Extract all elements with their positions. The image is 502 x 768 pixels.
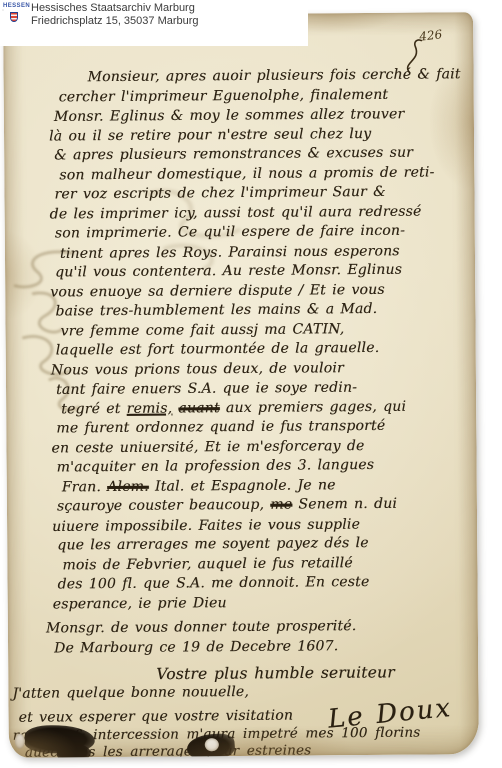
manuscript-line: tant faire enuers S.A. que ie soye redin…: [6, 378, 476, 401]
manuscript-line: Monsieur, apres auoir plusieurs fois cer…: [4, 65, 474, 88]
manuscript-line: tinent apres les Roys. Parainsi nous esp…: [5, 241, 475, 264]
page-number: 426: [419, 27, 443, 43]
struck-word: me: [270, 497, 292, 513]
manuscript-line: Monsr. Eglinus & moy le sommes allez tro…: [4, 105, 474, 128]
manuscript-line: son malheur domestique, il nous a promis…: [4, 163, 474, 186]
archive-scan-page: { "header": { "logo_state": "HESSEN", "l…: [0, 0, 502, 768]
hessen-logo: HESSEN: [3, 3, 27, 10]
postscript-line-with-signature: et veux esperer que vostre visitation Le…: [9, 701, 479, 728]
line-segment: Ital. et Espagnole. Je ne: [149, 477, 336, 494]
hessen-logo-wordmark: HESSEN: [3, 3, 27, 10]
manuscript-line: uiuere impossibile. Faites ie vous suppl…: [7, 514, 477, 537]
manuscript-paper: 426 Monsieur, apres auoir plusieurs fois…: [3, 12, 479, 758]
struck-word: auant: [178, 400, 219, 416]
line-segment: tegré et: [61, 400, 127, 417]
hessen-shield-icon: [10, 12, 18, 22]
underlined-word: remis,: [127, 400, 173, 416]
archive-name: Hessisches Staatsarchiv Marburg: [31, 2, 199, 15]
letter-body: Monsieur, apres auoir plusieurs fois cer…: [4, 65, 479, 758]
dateline: De Marbourg ce 19 de Decebre 1607.: [8, 636, 478, 659]
paper-hole: [205, 738, 219, 751]
archive-header: HESSEN Hessisches Staatsarchiv Marburg F…: [0, 0, 308, 46]
struck-word: Alem.: [107, 478, 149, 494]
line-segment: et veux esperer que vostre visitation: [19, 707, 300, 725]
manuscript-line: esperance, ie prie Dieu: [8, 592, 478, 615]
paper-hole: [15, 734, 25, 749]
line-segment: Senem n. dui: [292, 496, 397, 513]
line-segment: Fran.: [62, 479, 107, 495]
archive-street: Friedrichsplatz 15, 35037 Marburg: [31, 15, 199, 28]
line-segment: aux premiers gages, qui: [220, 398, 406, 415]
closing-line: Vostre plus humble seruiteur: [8, 662, 478, 686]
archive-address: Hessisches Staatsarchiv Marburg Friedric…: [31, 2, 199, 28]
line-segment: sçauroye couster beaucoup,: [57, 497, 270, 515]
